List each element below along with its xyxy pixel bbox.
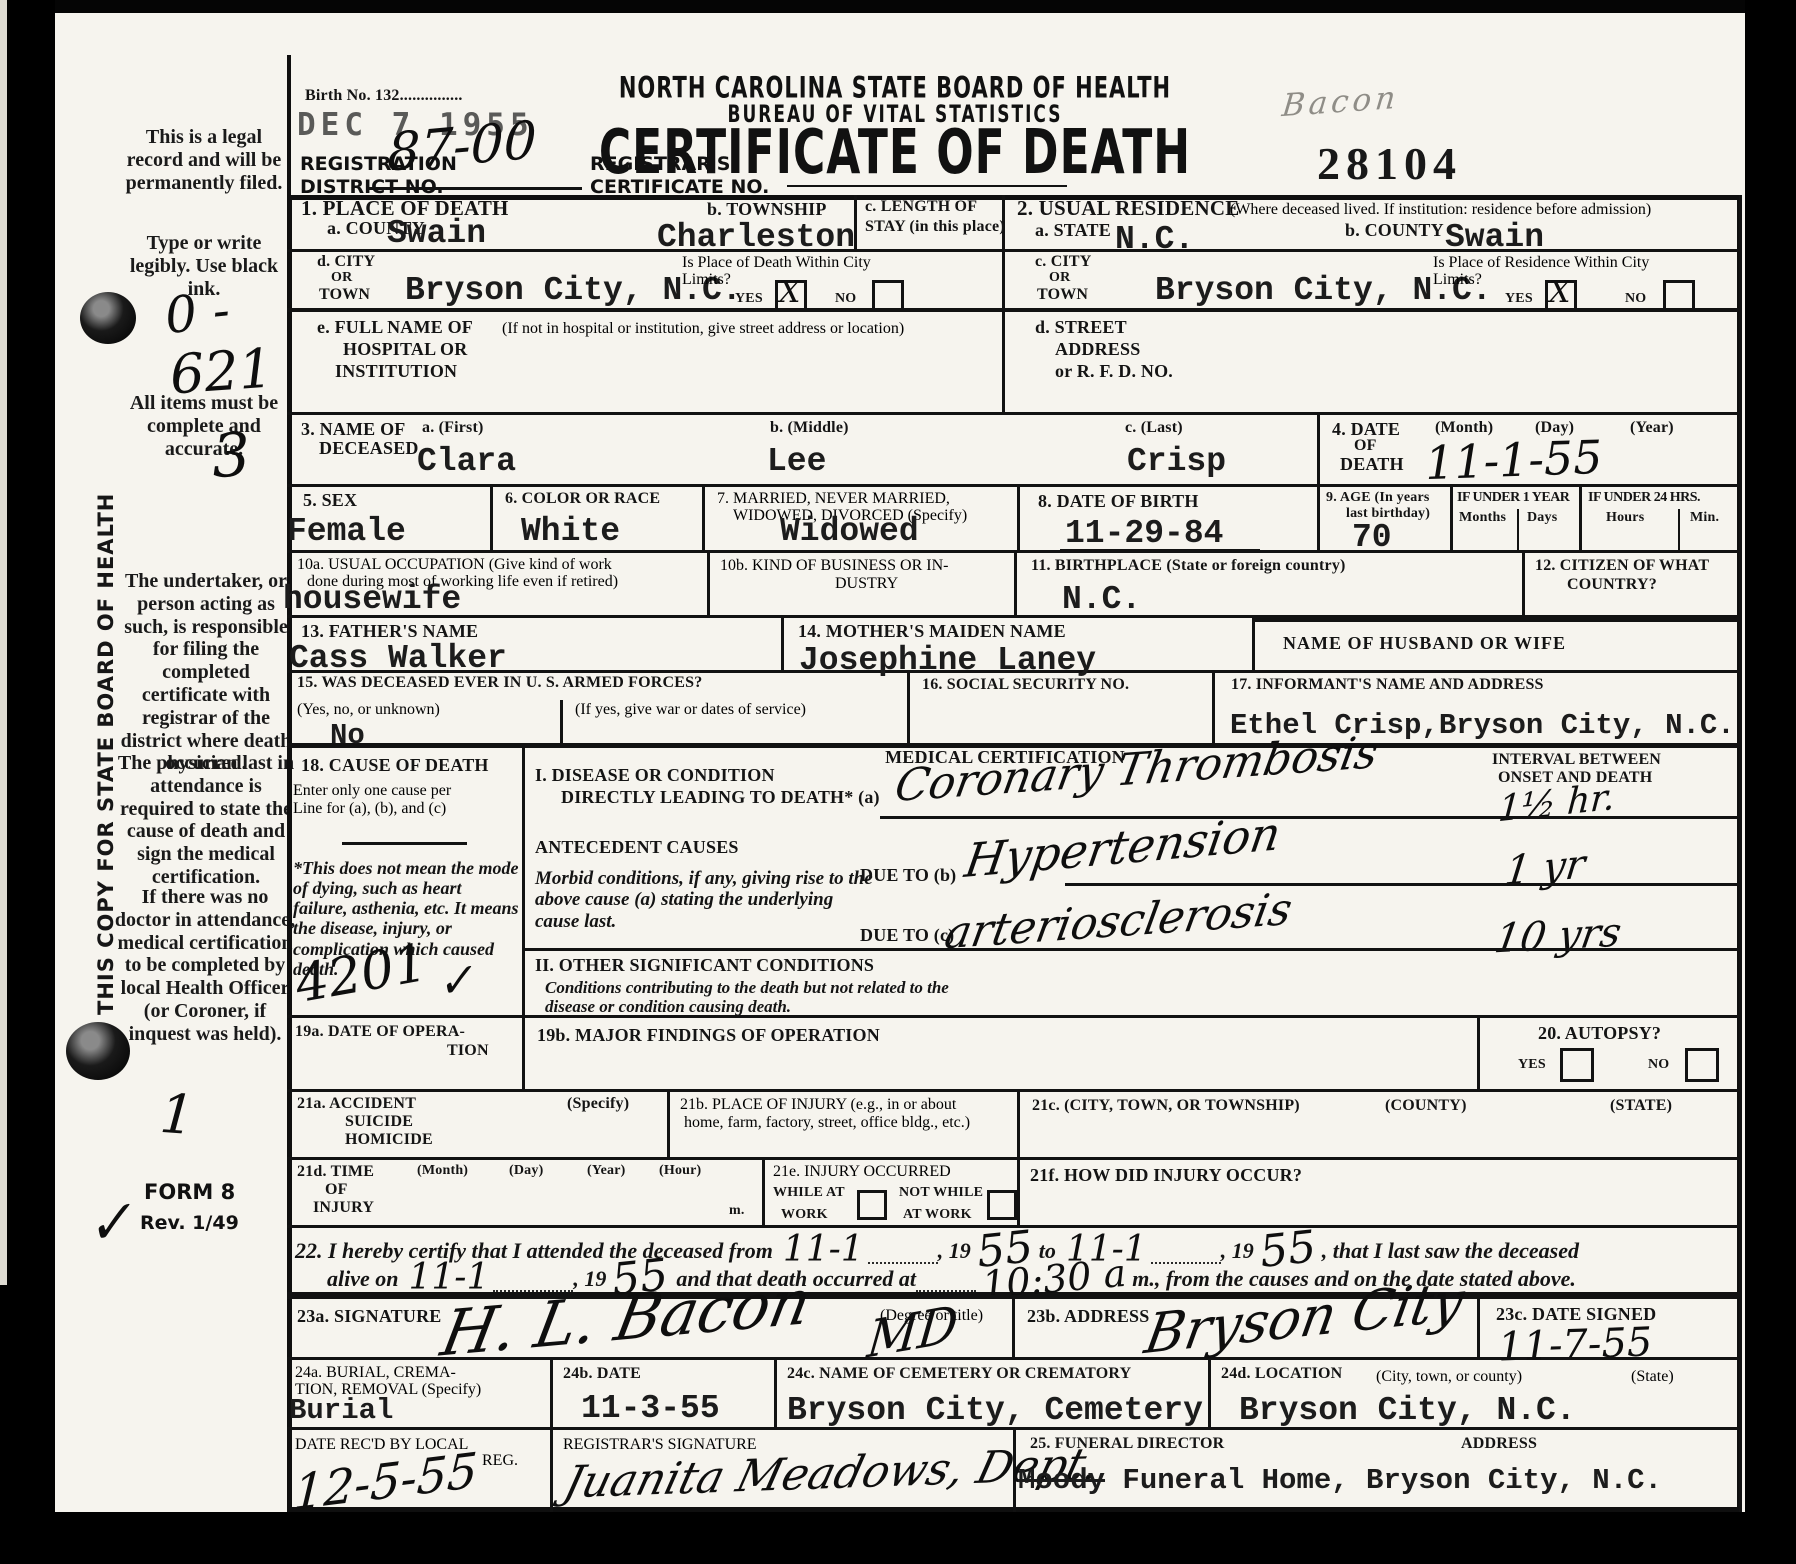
disease-label: I. DISEASE OR CONDITION	[535, 766, 775, 785]
months-days-divider	[1517, 509, 1519, 553]
sex-value: Female	[287, 515, 406, 548]
under-24-hrs-label: IF UNDER 24 HRS.	[1588, 491, 1700, 506]
father-name-label: 13. FATHER'S NAME	[301, 622, 478, 641]
margin-checkmark: ✓	[82, 1193, 136, 1255]
field-mother-maiden-name: 14. MOTHER'S MAIDEN NAME Josephine Laney	[784, 618, 1255, 673]
marital-label: 7. MARRIED, NEVER MARRIED,	[717, 490, 950, 508]
date-of-death-value: 11-1-55	[1424, 434, 1603, 486]
location-value: Bryson City, N.C.	[1239, 1394, 1576, 1427]
operation-date-label2: TION	[447, 1043, 489, 1060]
location-state-label: (State)	[1631, 1368, 1674, 1386]
date-of-birth-underline	[1060, 549, 1260, 551]
residence-limits-no-label: NO	[1625, 292, 1646, 307]
field-birthplace: 11. BIRTHPLACE (State or foreign country…	[1017, 553, 1525, 618]
min-label: Min.	[1690, 511, 1719, 526]
township-label: b. TOWNSHIP	[707, 200, 827, 219]
how-injury-label: 21f. HOW DID INJURY OCCUR?	[1030, 1166, 1302, 1185]
rule-cause-c	[525, 948, 1742, 951]
field-street-address: d. STREET ADDRESS or R. F. D. NO.	[1005, 312, 1742, 415]
field-business-industry: 10b. KIND OF BUSINESS OR IN- DUSTRY	[710, 553, 1017, 618]
time-of-injury-label: 21d. TIME	[297, 1164, 374, 1181]
residence-limits-no-checkbox	[1663, 280, 1695, 312]
signature-label: 23a. SIGNATURE	[297, 1307, 442, 1326]
field-marital-status: 7. MARRIED, NEVER MARRIED, WIDOWED, DIVO…	[705, 487, 1020, 553]
field-date-of-birth: 8. DATE OF BIRTH 11-29-84	[1020, 487, 1320, 553]
form-revision: Rev. 1/49	[140, 1212, 239, 1234]
date-of-death-label2: OF	[1354, 438, 1377, 455]
injury-month-label: (Month)	[417, 1164, 468, 1179]
margin-note-undertaker: The undertaker, or person acting as such…	[118, 570, 294, 775]
accident-specify-label: (Specify)	[567, 1096, 629, 1113]
burial-label: 24a. BURIAL, CREMA-	[295, 1364, 456, 1382]
mother-name-label: 14. MOTHER'S MAIDEN NAME	[798, 622, 1066, 641]
armed-forces-value: No	[330, 721, 365, 750]
months-label: Months	[1459, 511, 1506, 526]
while-at-work-label2: WORK	[781, 1208, 828, 1223]
deceased-name-label2: DECEASED	[319, 439, 419, 458]
death-city-label2: OR	[331, 271, 352, 286]
field-place-of-death: 1. PLACE OF DEATH a. COUNTY Swain b. TOW…	[287, 195, 857, 252]
county-value: Swain	[387, 217, 486, 250]
field-residence-city: c. CITY OR TOWN Bryson City, N.C. Is Pla…	[1005, 252, 1742, 312]
field-accident-suicide-homicide: 21a. ACCIDENT SUICIDE HOMICIDE (Specify)	[287, 1092, 670, 1160]
ssn-label: 16. SOCIAL SECURITY NO.	[922, 677, 1129, 694]
cause-note1b: Line for (a), (b), and (c)	[293, 800, 446, 818]
disease-label2: DIRECTLY LEADING TO DEATH* (a)	[561, 788, 880, 807]
field-date-signed: 23c. DATE SIGNED 11-7-55	[1480, 1295, 1742, 1360]
funeral-director-rest: Funeral Home, Bryson City, N.C.	[1105, 1464, 1662, 1497]
field-if-under-1-year: IF UNDER 1 YEAR Months Days	[1453, 487, 1582, 553]
location-label: 24d. LOCATION	[1221, 1366, 1342, 1383]
color-race-label: 6. COLOR OR RACE	[505, 491, 660, 508]
funeral-director-label: 25. FUNERAL DIRECTOR	[1030, 1436, 1224, 1453]
date-received-label2: REG.	[482, 1452, 518, 1470]
father-name-value: Cass Walker	[289, 642, 507, 675]
margin-handwriting-1: 1	[158, 1087, 196, 1143]
injury-occurred-label: 21e. INJURY OCCURRED	[773, 1163, 951, 1181]
not-while-at-work-checkbox	[987, 1190, 1017, 1220]
certify-line2: alive on 11-1 , 19 55 and that death occ…	[327, 1262, 1727, 1292]
field-burial: 24a. BURIAL, CREMA- TION, REMOVAL (Speci…	[287, 1360, 553, 1430]
not-while-at-work-label: NOT WHILE	[899, 1186, 983, 1201]
accident-label: 21a. ACCIDENT	[297, 1096, 416, 1113]
armed-forces-divider	[560, 700, 563, 748]
hospital-paren: (If not in hospital or institution, give…	[502, 320, 904, 338]
business-label: 10b. KIND OF BUSINESS OR IN-	[720, 557, 948, 575]
scan-top-edge	[55, 0, 1745, 13]
field-certify-statement: 22. I hereby certify that I attended the…	[287, 1228, 1742, 1295]
field-age: 9. AGE (In years last birthday) 70	[1320, 487, 1453, 553]
field-name-of-deceased: 3. NAME OF DECEASED a. (First) Clara b. …	[287, 415, 1320, 487]
date-of-birth-label: 8. DATE OF BIRTH	[1038, 492, 1199, 511]
days-label: Days	[1527, 511, 1557, 526]
certify-line1: 22. I hereby certify that I attended the…	[295, 1230, 1735, 1264]
field-husband-or-wife: NAME OF HUSBAND OR WIFE	[1255, 618, 1742, 673]
hospital-label2: HOSPITAL OR	[343, 340, 467, 359]
certificate-number: 28104	[1317, 137, 1462, 190]
while-at-work-label: WHILE AT	[773, 1186, 845, 1201]
field-time-of-injury: 21d. TIME OF INJURY (Month) (Day) (Year)…	[287, 1160, 765, 1228]
field-hospital-name: e. FULL NAME OF (If not in hospital or i…	[287, 312, 1005, 415]
death-city-label3: TOWN	[319, 287, 370, 304]
antecedent-label: ANTECEDENT CAUSES	[535, 838, 739, 857]
residence-city-label3: TOWN	[1037, 287, 1088, 304]
certificate-header: Birth No. 132............... DEC 7 1955 …	[287, 55, 1742, 195]
citizen-label: 12. CITIZEN OF WHAT	[1535, 558, 1709, 575]
field-length-of-stay: c. LENGTH OF STAY (in this place)	[857, 195, 1005, 252]
business-label2: DUSTRY	[835, 575, 898, 593]
due-to-c-label: DUE TO (c)	[860, 926, 954, 945]
usual-residence-paren: (Where deceased lived. If institution: r…	[1230, 201, 1651, 219]
scan-left-sliver	[0, 0, 7, 1285]
rule-cause-a	[880, 816, 1742, 819]
field-citizen: 12. CITIZEN OF WHAT COUNTRY?	[1525, 553, 1742, 618]
interval-label: INTERVAL BETWEEN	[1492, 752, 1661, 769]
field-usual-residence: 2. USUAL RESIDENCE (Where deceased lived…	[1005, 195, 1742, 252]
certify-t2: , 19	[938, 1239, 971, 1264]
death-limits-yes-label: YES	[735, 292, 763, 307]
hours-label: Hours	[1606, 511, 1644, 526]
not-while-at-work-label2: AT WORK	[903, 1208, 972, 1223]
date-of-death-label3: DEATH	[1340, 455, 1404, 474]
street-address-label3: or R. F. D. NO.	[1055, 362, 1173, 381]
under-1-year-label: IF UNDER 1 YEAR	[1457, 491, 1569, 506]
field-injury-city: 21c. (CITY, TOWN, OR TOWNSHIP) (COUNTY) …	[1020, 1092, 1742, 1160]
hospital-label: e. FULL NAME OF	[317, 318, 473, 337]
age-label: 9. AGE (In years	[1326, 491, 1430, 506]
autopsy-no-label: NO	[1648, 1058, 1669, 1073]
injury-hour-label: (Hour)	[659, 1164, 701, 1179]
other-significant-sub: Conditions contributing to the death but…	[545, 978, 975, 1016]
location-paren: (City, town, or county)	[1376, 1368, 1522, 1386]
due-to-b-value: Hypertension	[962, 810, 1284, 884]
interval-c-value: 10 yrs	[1492, 913, 1624, 960]
field-social-security: 16. SOCIAL SECURITY NO.	[910, 673, 1215, 748]
cause-code-checkmark: ✓	[434, 958, 477, 1007]
place-of-injury-label2: home, farm, factory, street, office bldg…	[684, 1114, 970, 1132]
middle-name-value: Lee	[767, 445, 826, 478]
certify-hw-alive-date: 11-1	[409, 1260, 490, 1296]
first-name-label: a. (First)	[422, 420, 484, 437]
autopsy-no-checkbox	[1685, 1048, 1719, 1082]
death-limits-no-checkbox	[872, 280, 904, 312]
sex-label: 5. SEX	[303, 491, 357, 510]
occupation-value: housewife	[283, 583, 461, 616]
certify-t5: , that I last saw the deceased	[1322, 1239, 1579, 1264]
death-limits-question2: Limits?	[682, 271, 731, 289]
color-race-value: White	[521, 515, 620, 548]
death-year-label: (Year)	[1630, 420, 1674, 437]
homicide-label: HOMICIDE	[345, 1132, 433, 1149]
field-date-of-death: 4. DATE OF DEATH (Month) (Day) (Year) 11…	[1320, 415, 1742, 487]
deceased-name-label: 3. NAME OF	[301, 420, 406, 439]
margin-vertical-text: THIS COPY FOR STATE BOARD OF HEALTH	[94, 493, 118, 1015]
length-of-stay-label: c. LENGTH OF	[865, 199, 977, 216]
field-cemetery-location: 24d. LOCATION (City, town, or county) (S…	[1211, 1360, 1742, 1430]
funeral-director-address-label: ADDRESS	[1461, 1436, 1537, 1453]
death-city-label: d. CITY	[317, 254, 375, 271]
residence-limits-question: Is Place of Residence Within City	[1433, 254, 1649, 272]
field-how-injury-occurred: 21f. HOW DID INJURY OCCUR?	[1020, 1160, 1742, 1228]
armed-forces-sub1: (Yes, no, or unknown)	[297, 701, 440, 719]
certify-t1: 22. I hereby certify that I attended the…	[295, 1239, 773, 1264]
other-significant-label: II. OTHER SIGNIFICANT CONDITIONS	[535, 956, 874, 975]
field-cemetery: 24c. NAME OF CEMETERY OR CREMATORY Bryso…	[777, 1360, 1211, 1430]
cemetery-value: Bryson City, Cemetery	[787, 1394, 1203, 1427]
last-name-value: Crisp	[1127, 445, 1226, 478]
field-injury-occurred: 21e. INJURY OCCURRED WHILE AT WORK NOT W…	[765, 1160, 1020, 1228]
field-signature-address: 23b. ADDRESS Bryson City	[1015, 1295, 1480, 1360]
injury-year-label: (Year)	[587, 1164, 626, 1179]
funeral-director-value: Moody Funeral Home, Bryson City, N.C.	[1018, 1466, 1662, 1495]
residence-limits-yes-label: YES	[1505, 292, 1533, 307]
field-father-name: 13. FATHER'S NAME Cass Walker	[287, 618, 784, 673]
autopsy-yes-label: YES	[1518, 1058, 1546, 1073]
funeral-director-struck-word: Moody	[1018, 1464, 1105, 1497]
time-of-injury-label3: INJURY	[313, 1200, 374, 1217]
date-received-value: 12-5-55	[292, 1446, 478, 1517]
burial-date-label: 24b. DATE	[563, 1366, 641, 1383]
cause-of-death-label: 18. CAUSE OF DEATH	[301, 756, 489, 775]
margin-note-no-doctor: If there was no doctor in attendance, me…	[112, 886, 298, 1046]
first-name-value: Clara	[417, 445, 516, 478]
armed-forces-sub2: (If yes, give war or dates of service)	[575, 701, 806, 719]
hospital-label3: INSTITUTION	[335, 362, 457, 381]
field-date-received: DATE REC'D BY LOCAL REG. 12-5-55	[287, 1430, 553, 1512]
death-limits-no-label: NO	[835, 292, 856, 307]
length-of-stay-label2: STAY (in this place)	[865, 219, 1005, 236]
interval-a-value: 1½ hr.	[1497, 780, 1616, 829]
marital-value: Widowed	[780, 515, 919, 548]
cause-note1: Enter only one cause per	[293, 782, 451, 800]
field-if-under-24-hrs: IF UNDER 24 HRS. Hours Min.	[1582, 487, 1742, 553]
pencil-annotation: Bacon	[1280, 83, 1400, 122]
residence-city-label: c. CITY	[1035, 254, 1092, 271]
margin-note-complete: All items must be complete and accurate.	[118, 392, 290, 460]
cause-divider-rule	[342, 842, 467, 845]
field-sex: 5. SEX Female	[287, 487, 493, 553]
field-registrar-signature: REGISTRAR'S SIGNATURE Juanita Meadows, D…	[553, 1430, 1016, 1512]
autopsy-label: 20. AUTOPSY?	[1538, 1024, 1661, 1043]
age-value: 70	[1352, 521, 1392, 554]
autopsy-yes-checkbox	[1560, 1048, 1594, 1082]
signature-address-label: 23b. ADDRESS	[1027, 1307, 1149, 1326]
injury-state-label: (STATE)	[1610, 1098, 1672, 1115]
time-of-injury-label2: OF	[325, 1182, 348, 1199]
field-burial-date: 24b. DATE 11-3-55	[553, 1360, 777, 1430]
major-findings-label: 19b. MAJOR FINDINGS OF OPERATION	[537, 1026, 880, 1045]
field-place-of-injury: 21b. PLACE OF INJURY (e.g., in or about …	[670, 1092, 1020, 1160]
middle-name-label: b. (Middle)	[770, 420, 849, 437]
field-occupation: 10a. USUAL OCCUPATION (Give kind of work…	[287, 553, 710, 618]
death-limits-question: Is Place of Death Within City	[682, 254, 871, 272]
residence-state-label: a. STATE	[1035, 221, 1111, 240]
street-address-label: d. STREET	[1035, 318, 1127, 337]
injury-city-label: 21c. (CITY, TOWN, OR TOWNSHIP)	[1032, 1098, 1300, 1115]
date-of-birth-value: 11-29-84	[1065, 517, 1223, 550]
injury-day-label: (Day)	[509, 1164, 543, 1179]
field-signature: 23a. SIGNATURE H. L. Bacon (Degree or ti…	[287, 1295, 1015, 1360]
husband-wife-label: NAME OF HUSBAND OR WIFE	[1283, 634, 1566, 653]
margin-handwriting-0: 0 -	[163, 285, 232, 341]
death-limits-yes-mark: X	[779, 278, 800, 308]
burial-value: Burial	[289, 1396, 393, 1425]
board-title: NORTH CAROLINA STATE BOARD OF HEALTH	[420, 71, 1370, 95]
residence-limits-question2: Limits?	[1433, 271, 1482, 289]
residence-county-value: Swain	[1445, 221, 1544, 254]
birthplace-label: 11. BIRTHPLACE (State or foreign country…	[1031, 558, 1346, 575]
morbid-note: Morbid conditions, if any, giving rise t…	[535, 868, 875, 932]
cemetery-label: 24c. NAME OF CEMETERY OR CREMATORY	[787, 1366, 1131, 1383]
field-cause-of-death: 18. CAUSE OF DEATH Enter only one cause …	[287, 748, 525, 1018]
street-address-label2: ADDRESS	[1055, 340, 1140, 359]
hours-min-divider	[1678, 509, 1680, 553]
burial-date-value: 11-3-55	[581, 1392, 720, 1425]
field-major-findings: 19b. MAJOR FINDINGS OF OPERATION	[525, 1018, 1480, 1092]
operation-date-label: 19a. DATE OF OPERA-	[295, 1024, 465, 1041]
rule-cause-b	[1065, 883, 1742, 886]
field-death-city: d. CITY OR TOWN Bryson City, N.C. Is Pla…	[287, 252, 1005, 312]
field-date-of-operation: 19a. DATE OF OPERA- TION	[287, 1018, 525, 1092]
birthplace-value: N.C.	[1062, 583, 1141, 616]
degree-title-handwriting: MD	[865, 1298, 960, 1366]
suicide-label: SUICIDE	[345, 1114, 413, 1131]
page-title: CERTIFICATE OF DEATH	[420, 117, 1370, 168]
informant-label: 17. INFORMANT'S NAME AND ADDRESS	[1231, 677, 1544, 694]
field-armed-forces: 15. WAS DECEASED EVER IN U. S. ARMED FOR…	[287, 673, 910, 748]
occupation-label: 10a. USUAL OCCUPATION (Give kind of work	[297, 556, 612, 574]
usual-residence-label: 2. USUAL RESIDENCE	[1017, 197, 1239, 219]
certify-dots4	[916, 1286, 976, 1292]
while-at-work-checkbox	[857, 1190, 887, 1220]
armed-forces-label: 15. WAS DECEASED EVER IN U. S. ARMED FOR…	[297, 675, 702, 692]
margin-handwriting-3: 3	[210, 425, 251, 487]
form-number: FORM 8	[144, 1180, 235, 1204]
place-of-injury-label: 21b. PLACE OF INJURY (e.g., in or about	[680, 1096, 956, 1114]
residence-county-label: b. COUNTY	[1345, 221, 1444, 240]
registration-district-line	[367, 187, 582, 190]
last-name-label: c. (Last)	[1125, 420, 1183, 437]
margin-note-legal: This is a legal record and will be perma…	[120, 126, 288, 194]
certify-t6: alive on	[327, 1267, 399, 1292]
citizen-label2: COUNTRY?	[1567, 577, 1657, 594]
due-to-c-value: arteriosclerosis	[941, 888, 1295, 957]
field-funeral-director: 25. FUNERAL DIRECTOR ADDRESS Moody Funer…	[1016, 1430, 1742, 1512]
township-value: Charleston	[657, 221, 855, 254]
margin-note-physician: The physician last in attendance is requ…	[116, 752, 296, 889]
injury-m-label: m.	[729, 1204, 745, 1219]
residence-city-label2: OR	[1049, 271, 1070, 286]
field-color-race: 6. COLOR OR RACE White	[493, 487, 705, 553]
field-autopsy: 20. AUTOPSY? YES NO	[1480, 1018, 1742, 1092]
certify-t4: , 19	[1221, 1239, 1254, 1264]
due-to-b-label: DUE TO (b)	[860, 866, 956, 885]
injury-county-label: (COUNTY)	[1385, 1098, 1467, 1115]
residence-limits-yes-mark: X	[1549, 278, 1570, 308]
